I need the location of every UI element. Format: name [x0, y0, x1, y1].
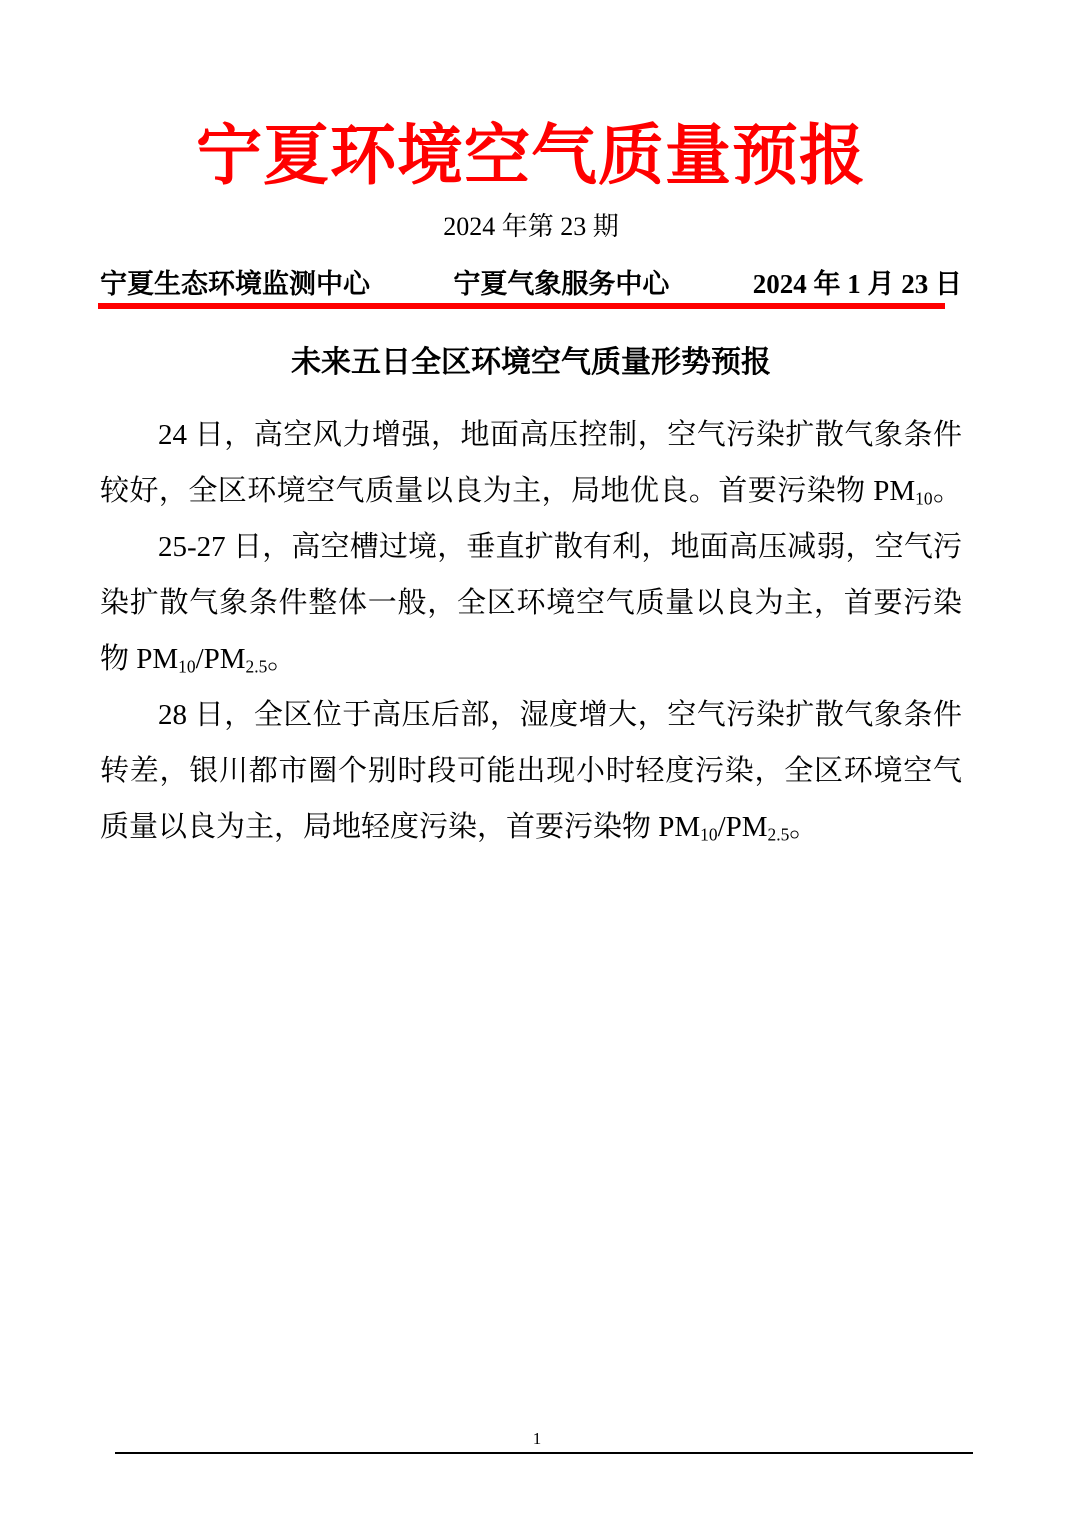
org-weather-center: 宁夏气象服务中心	[453, 268, 669, 300]
text-segment: 较好，全区环境空气质量以良为主，局地优良。首要污染物 PM	[100, 475, 915, 507]
org-monitoring-center: 宁夏生态环境监测中心	[100, 268, 370, 300]
body-paragraph: 25-27 日，高空槽过境，垂直扩散有利，地面高压减弱，空气污染扩散气象条件整体…	[100, 519, 962, 687]
text-segment: 质量以良为主，局地轻度污染，首要污染物 PM	[100, 811, 700, 843]
text-line: 较好，全区环境空气质量以良为主，局地优良。首要污染物 PM10。	[100, 463, 962, 519]
subscript-text: 2.5	[246, 656, 268, 676]
body-paragraph: 24 日，高空风力增强，地面高压控制，空气污染扩散气象条件较好，全区环境空气质量…	[100, 407, 962, 519]
text-segment: 。	[267, 643, 296, 675]
text-segment: 24 日，高空风力增强，地面高压控制，空气污染扩散气象条件	[158, 419, 962, 451]
body-paragraphs: 24 日，高空风力增强，地面高压控制，空气污染扩散气象条件较好，全区环境空气质量…	[100, 407, 962, 855]
text-segment: 转差，银川都市圈个别时段可能出现小时轻度污染，全区环境空气	[100, 755, 962, 787]
text-line: 转差，银川都市圈个别时段可能出现小时轻度污染，全区环境空气	[100, 743, 962, 799]
section-heading: 未来五日全区环境空气质量形势预报	[100, 345, 962, 381]
text-line: 染扩散气象条件整体一般，全区环境空气质量以良为主，首要污染	[100, 575, 962, 631]
body-paragraph: 28 日，全区位于高压后部，湿度增大，空气污染扩散气象条件转差，银川都市圈个别时…	[100, 687, 962, 855]
document-page: 宁夏环境空气质量预报 2024 年第 23 期 宁夏生态环境监测中心 宁夏气象服…	[0, 0, 1074, 1520]
text-segment: 染扩散气象条件整体一般，全区环境空气质量以良为主，首要污染	[100, 587, 962, 619]
text-segment: /PM	[718, 811, 768, 843]
subscript-text: 10	[915, 488, 932, 508]
text-segment: 物 PM	[100, 643, 178, 675]
doc-title: 宁夏环境空气质量预报	[100, 0, 962, 192]
issue-date: 2024 年 1 月 23 日	[753, 268, 962, 300]
issue-number: 2024 年第 23 期	[100, 210, 962, 244]
text-line: 28 日，全区位于高压后部，湿度增大，空气污染扩散气象条件	[100, 687, 962, 743]
text-segment: 25-27 日，高空槽过境，垂直扩散有利，地面高压减弱，空气污	[158, 531, 962, 563]
subscript-text: 2.5	[768, 824, 790, 844]
text-segment: /PM	[196, 643, 246, 675]
footer-rule	[115, 1452, 973, 1454]
subscript-text: 10	[700, 824, 717, 844]
red-divider-rule	[98, 303, 945, 309]
text-segment: 。	[933, 475, 962, 507]
text-line: 物 PM10/PM2.5。	[100, 631, 962, 687]
text-segment: 28 日，全区位于高压后部，湿度增大，空气污染扩散气象条件	[158, 699, 962, 731]
text-line: 质量以良为主，局地轻度污染，首要污染物 PM10/PM2.5。	[100, 799, 962, 855]
page-number: 1	[0, 1428, 1074, 1450]
text-line: 25-27 日，高空槽过境，垂直扩散有利，地面高压减弱，空气污	[100, 519, 962, 575]
text-segment: 。	[789, 811, 818, 843]
text-line: 24 日，高空风力增强，地面高压控制，空气污染扩散气象条件	[100, 407, 962, 463]
byline-row: 宁夏生态环境监测中心 宁夏气象服务中心 2024 年 1 月 23 日	[100, 268, 962, 300]
subscript-text: 10	[178, 656, 195, 676]
